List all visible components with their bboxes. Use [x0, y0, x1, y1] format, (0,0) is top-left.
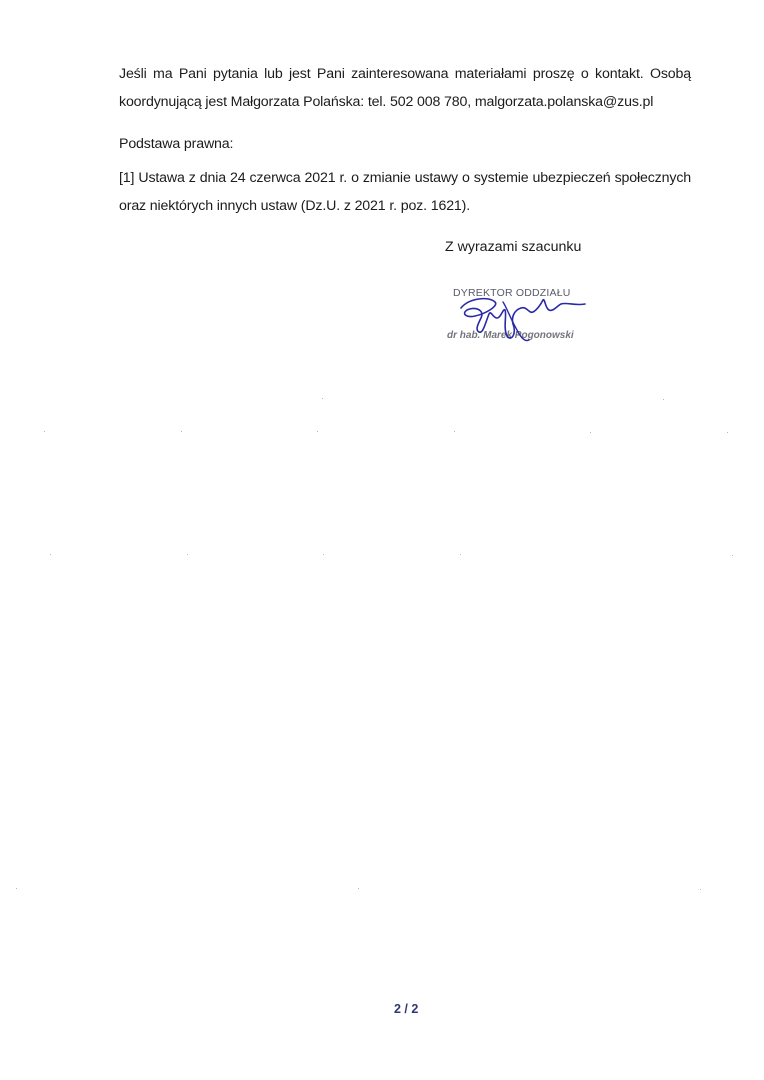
- scan-speck: [181, 431, 182, 432]
- scan-speck: [732, 555, 733, 556]
- scan-speck: [358, 888, 359, 889]
- legal-basis-title: Podstawa prawna:: [119, 130, 691, 158]
- legal-basis-heading: Podstawa prawna:: [119, 130, 691, 158]
- scan-speck: [663, 399, 664, 400]
- scan-speck: [590, 432, 591, 433]
- scan-speck: [460, 554, 461, 555]
- contact-line-2: koordynującą jest Małgorzata Polańska: t…: [119, 88, 691, 116]
- contact-paragraph: Jeśli ma Pani pytania lub jest Pani zain…: [119, 60, 691, 116]
- scan-speck: [50, 554, 51, 555]
- scan-speck: [323, 554, 324, 555]
- signature-stamp: DYREKTOR ODDZIAŁU dr hab. Marek Pogonows…: [445, 284, 595, 350]
- legal-basis-reference: [1] Ustawa z dnia 24 czerwca 2021 r. o z…: [119, 164, 691, 220]
- scan-speck: [16, 888, 17, 889]
- reference-line-1: [1] Ustawa z dnia 24 czerwca 2021 r. o z…: [119, 164, 691, 192]
- closing-salutation: Z wyrazami szacunku: [445, 239, 581, 255]
- scan-speck: [187, 554, 188, 555]
- scan-speck: [322, 398, 323, 399]
- page-number: 2 / 2: [394, 1002, 418, 1016]
- scan-speck: [700, 889, 701, 890]
- document-page: Jeśli ma Pani pytania lub jest Pani zain…: [0, 0, 764, 1080]
- handwritten-signature-icon: [445, 284, 595, 350]
- scan-speck: [727, 432, 728, 433]
- reference-line-2: oraz niektórych innych ustaw (Dz.U. z 20…: [119, 192, 691, 220]
- scan-speck: [317, 431, 318, 432]
- contact-line-1: Jeśli ma Pani pytania lub jest Pani zain…: [119, 60, 691, 88]
- scan-speck: [44, 431, 45, 432]
- scan-speck: [454, 431, 455, 432]
